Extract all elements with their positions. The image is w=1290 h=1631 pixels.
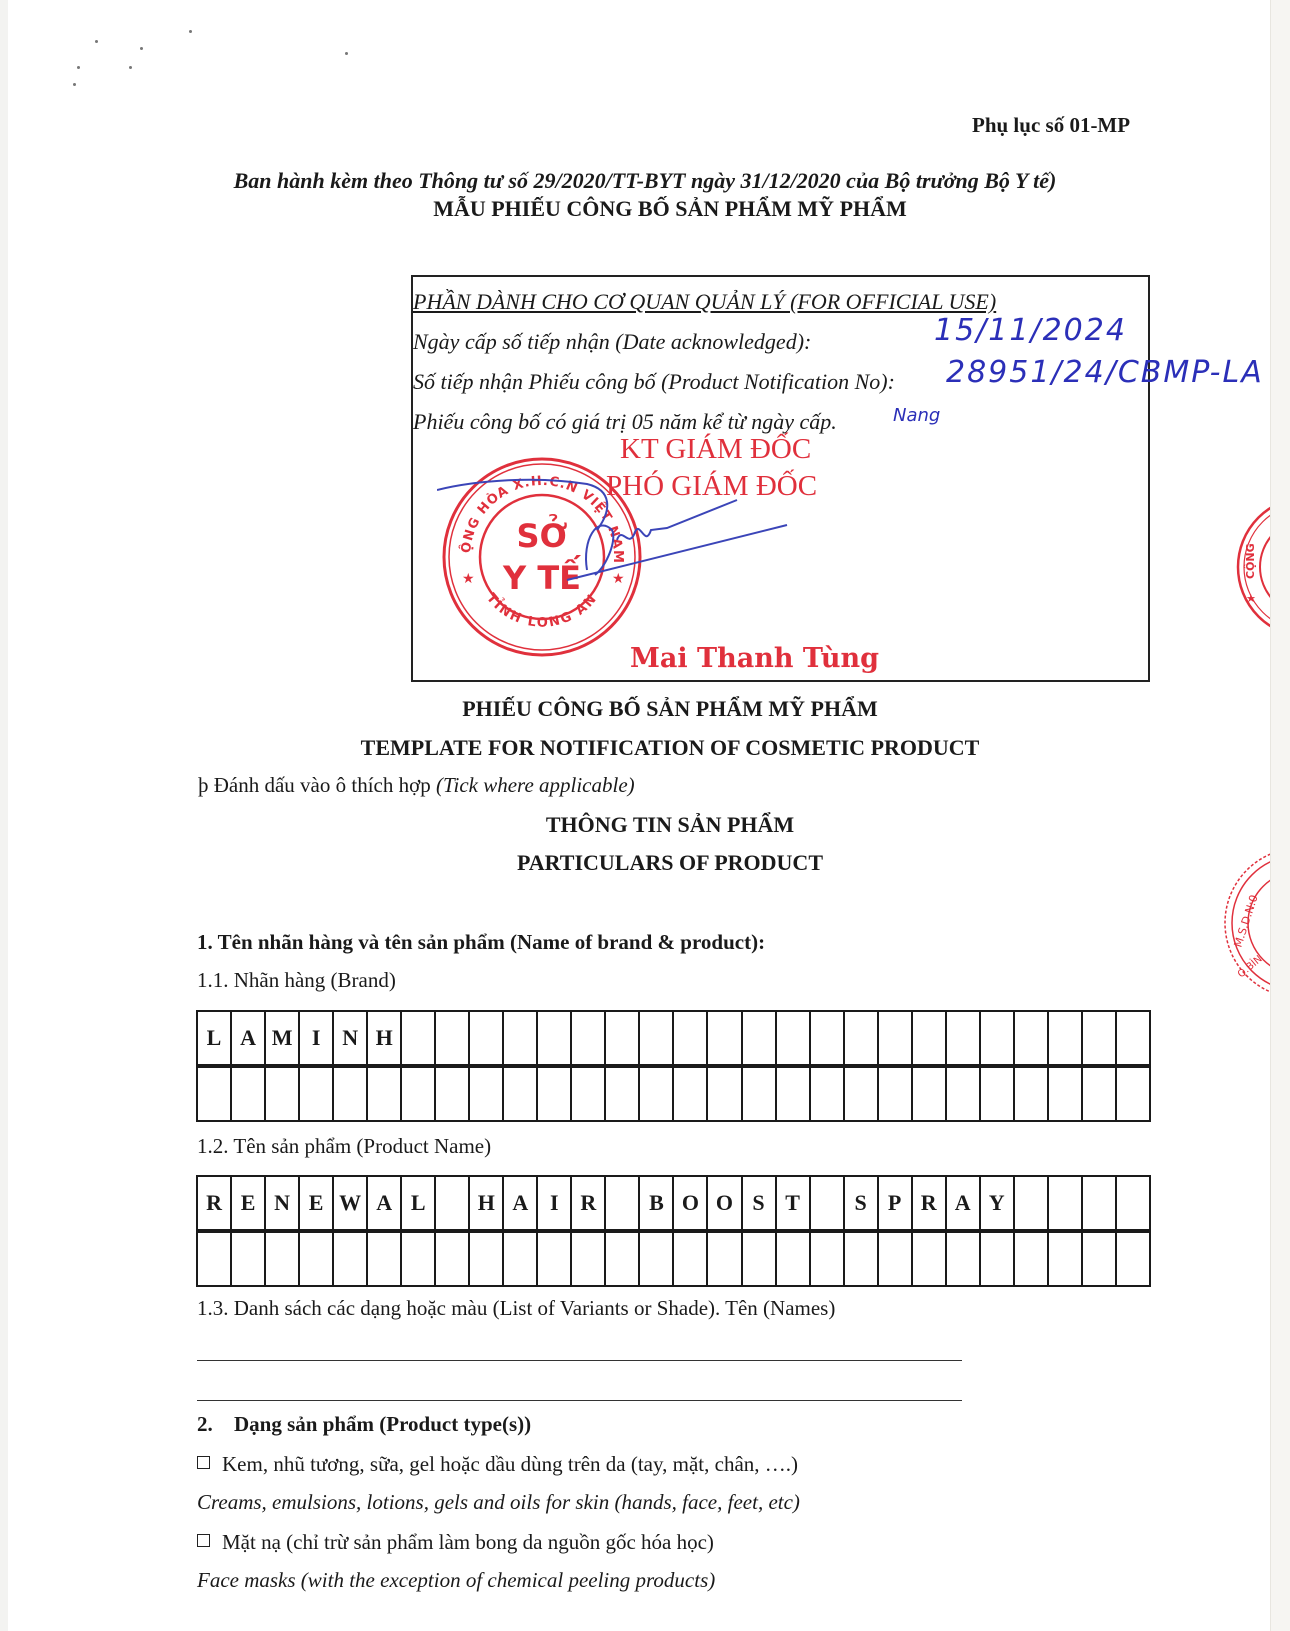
letter-cell[interactable] [434, 1012, 468, 1064]
edge-seal-top-icon: CỘNG ★ [1228, 487, 1270, 647]
en-form-title: TEMPLATE FOR NOTIFICATION OF COSMETIC PR… [0, 735, 1290, 761]
appendix-number: Phụ lục số 01-MP [972, 113, 1130, 138]
letter-cell[interactable] [843, 1233, 877, 1285]
letter-cell[interactable] [570, 1233, 604, 1285]
letter-cell[interactable] [1013, 1233, 1047, 1285]
grid-row: RENEWALHAIRBOOSTSPRAY [198, 1177, 1149, 1229]
brand-label: 1.1. Nhãn hàng (Brand) [197, 968, 396, 993]
section-2-heading: 2.Dạng sản phẩm (Product type(s)) [197, 1412, 531, 1437]
letter-cell[interactable]: A [366, 1177, 400, 1229]
notification-no-label: Số tiếp nhận Phiếu công bố (Product Noti… [413, 369, 895, 395]
handwritten-initial: Nang [893, 405, 940, 426]
letter-cell[interactable]: B [638, 1177, 672, 1229]
official-use-heading: PHẦN DÀNH CHO CƠ QUAN QUẢN LÝ (FOR OFFIC… [413, 289, 996, 315]
letter-cell[interactable] [536, 1233, 570, 1285]
letter-cell[interactable] [877, 1068, 911, 1120]
grid-row [198, 1064, 1149, 1120]
letter-cell[interactable] [809, 1012, 843, 1064]
option-1-label: Kem, nhũ tương, sữa, gel hoặc dầu dùng t… [222, 1452, 798, 1476]
letter-cell[interactable] [638, 1068, 672, 1120]
issued-with-circular: Ban hành kèm theo Thông tư số 29/2020/TT… [0, 168, 1290, 194]
grid-row [198, 1229, 1149, 1285]
letter-cell[interactable] [570, 1068, 604, 1120]
letter-cell[interactable] [1047, 1233, 1081, 1285]
letter-cell[interactable]: W [332, 1177, 366, 1229]
letter-cell[interactable] [877, 1012, 911, 1064]
product-name-grid[interactable]: RENEWALHAIRBOOSTSPRAY [196, 1175, 1151, 1287]
letter-cell[interactable] [877, 1233, 911, 1285]
letter-cell[interactable] [809, 1068, 843, 1120]
letter-cell[interactable] [775, 1068, 809, 1120]
letter-cell[interactable] [843, 1012, 877, 1064]
letter-cell[interactable] [230, 1068, 264, 1120]
letter-cell[interactable]: H [468, 1177, 502, 1229]
tick-symbol: þ [198, 773, 209, 797]
signatory-name: Mai Thanh Tùng [630, 643, 879, 674]
letter-cell[interactable]: O [672, 1177, 706, 1229]
letter-cell[interactable]: E [230, 1177, 264, 1229]
letter-cell[interactable] [298, 1233, 332, 1285]
letter-cell[interactable] [264, 1068, 298, 1120]
letter-cell[interactable] [502, 1012, 536, 1064]
option-2-label-en: Face masks (with the exception of chemic… [197, 1568, 715, 1593]
letter-cell[interactable]: I [298, 1012, 332, 1064]
letter-cell[interactable] [502, 1233, 536, 1285]
letter-cell[interactable] [570, 1012, 604, 1064]
svg-text:★: ★ [612, 571, 625, 587]
svg-text:SỞ: SỞ [517, 513, 568, 555]
letter-cell[interactable]: P [877, 1177, 911, 1229]
letter-cell[interactable] [468, 1233, 502, 1285]
product-type-option-1[interactable]: Kem, nhũ tương, sữa, gel hoặc dầu dùng t… [197, 1452, 798, 1477]
letter-cell[interactable] [502, 1068, 536, 1120]
letter-cell[interactable] [638, 1012, 672, 1064]
letter-cell[interactable] [468, 1068, 502, 1120]
product-type-option-2[interactable]: Mặt nạ (chỉ trừ sản phẩm làm bong da ngu… [197, 1530, 714, 1555]
signatory-title-1: KT GIÁM ĐỐC [620, 433, 811, 466]
letter-cell[interactable] [843, 1068, 877, 1120]
letter-cell[interactable] [536, 1068, 570, 1120]
letter-cell[interactable] [1081, 1177, 1115, 1229]
letter-cell[interactable] [198, 1068, 230, 1120]
letter-cell[interactable]: R [198, 1177, 230, 1229]
letter-cell[interactable] [979, 1233, 1013, 1285]
checkbox-icon[interactable] [197, 1456, 210, 1469]
letter-cell[interactable] [979, 1012, 1013, 1064]
date-acknowledged-value: 15/11/2024 [934, 313, 1127, 348]
letter-cell[interactable] [1115, 1233, 1149, 1285]
letter-cell[interactable]: R [911, 1177, 945, 1229]
letter-cell[interactable] [741, 1068, 775, 1120]
particulars-heading: PARTICULARS OF PRODUCT [0, 850, 1290, 876]
letter-cell[interactable] [911, 1233, 945, 1285]
letter-cell[interactable] [945, 1233, 979, 1285]
form-title: MẪU PHIẾU CÔNG BỐ SẢN PHẨM MỸ PHẨM [0, 196, 1290, 222]
letter-cell[interactable] [230, 1233, 264, 1285]
letter-cell[interactable]: N [332, 1012, 366, 1064]
letter-cell[interactable]: T [775, 1177, 809, 1229]
letter-cell[interactable] [434, 1068, 468, 1120]
letter-cell[interactable] [911, 1068, 945, 1120]
letter-cell[interactable] [945, 1012, 979, 1064]
svg-text:★: ★ [1246, 593, 1256, 605]
official-seal-icon: CỘNG HÒA X.H.C.N VIỆT NAM TỈNH LONG AN ★… [440, 455, 645, 660]
letter-cell[interactable]: L [198, 1012, 230, 1064]
letter-cell[interactable] [809, 1177, 843, 1229]
letter-cell[interactable] [741, 1012, 775, 1064]
letter-cell[interactable] [809, 1233, 843, 1285]
letter-cell[interactable] [706, 1012, 740, 1064]
letter-cell[interactable] [1047, 1012, 1081, 1064]
letter-cell[interactable]: S [843, 1177, 877, 1229]
letter-cell[interactable] [468, 1012, 502, 1064]
letter-cell[interactable] [741, 1233, 775, 1285]
letter-cell[interactable] [434, 1177, 468, 1229]
letter-cell[interactable] [1115, 1012, 1149, 1064]
brand-grid[interactable]: LAMINH [196, 1010, 1151, 1122]
tick-instruction: þ Đánh dấu vào ô thích hợp (Tick where a… [198, 773, 635, 798]
letter-cell[interactable] [911, 1012, 945, 1064]
letter-cell[interactable]: Y [979, 1177, 1013, 1229]
letter-cell[interactable] [400, 1233, 434, 1285]
letter-cell[interactable] [672, 1233, 706, 1285]
letter-cell[interactable] [979, 1068, 1013, 1120]
letter-cell[interactable] [1047, 1068, 1081, 1120]
letter-cell[interactable]: A [502, 1177, 536, 1229]
letter-cell[interactable] [366, 1068, 400, 1120]
tick-note: Đánh dấu vào ô thích hợp [214, 773, 431, 797]
letter-cell[interactable]: N [264, 1177, 298, 1229]
letter-cell[interactable]: A [945, 1177, 979, 1229]
letter-cell[interactable] [775, 1233, 809, 1285]
option-2-label: Mặt nạ (chỉ trừ sản phẩm làm bong da ngu… [222, 1530, 714, 1554]
section-2-number: 2. [197, 1412, 234, 1437]
section-2-title: Dạng sản phẩm (Product type(s)) [234, 1412, 531, 1436]
vn-form-title: PHIẾU CÔNG BỐ SẢN PHẨM MỸ PHẨM [0, 696, 1290, 722]
tick-note-en: (Tick where applicable) [436, 773, 635, 797]
date-acknowledged-label: Ngày cấp số tiếp nhận (Date acknowledged… [413, 329, 811, 355]
letter-cell[interactable]: E [298, 1177, 332, 1229]
letter-cell[interactable]: R [570, 1177, 604, 1229]
letter-cell[interactable] [1081, 1012, 1115, 1064]
checkbox-icon[interactable] [197, 1534, 210, 1547]
letter-cell[interactable]: M [264, 1012, 298, 1064]
letter-cell[interactable] [1013, 1177, 1047, 1229]
svg-text:★: ★ [462, 571, 475, 587]
grid-row: LAMINH [198, 1012, 1149, 1064]
variant-line-1[interactable] [197, 1360, 962, 1361]
letter-cell[interactable] [400, 1068, 434, 1120]
letter-cell[interactable] [1013, 1012, 1047, 1064]
letter-cell[interactable] [298, 1068, 332, 1120]
variants-label: 1.3. Danh sách các dạng hoặc màu (List o… [197, 1296, 835, 1321]
svg-text:CỘNG: CỘNG [1244, 543, 1257, 579]
notification-no-value: 28951/24/CBMP-LA [946, 355, 1264, 390]
letter-cell[interactable] [1013, 1068, 1047, 1120]
letter-cell[interactable] [536, 1012, 570, 1064]
letter-cell[interactable] [638, 1233, 672, 1285]
letter-cell[interactable] [366, 1233, 400, 1285]
letter-cell[interactable] [604, 1012, 638, 1064]
letter-cell[interactable] [1081, 1233, 1115, 1285]
letter-cell[interactable] [775, 1012, 809, 1064]
letter-cell[interactable] [672, 1068, 706, 1120]
letter-cell[interactable] [1115, 1177, 1149, 1229]
letter-cell[interactable] [264, 1233, 298, 1285]
section-1-heading: 1. Tên nhãn hàng và tên sản phẩm (Name o… [197, 930, 765, 955]
validity-text: Phiếu công bố có giá trị 05 năm kể từ ng… [413, 409, 837, 435]
option-1-label-en: Creams, emulsions, lotions, gels and oil… [197, 1490, 800, 1515]
letter-cell[interactable] [672, 1012, 706, 1064]
product-info-heading: THÔNG TIN SẢN PHẨM [0, 812, 1290, 838]
letter-cell[interactable] [604, 1177, 638, 1229]
letter-cell[interactable] [604, 1068, 638, 1120]
product-name-label: 1.2. Tên sản phẩm (Product Name) [197, 1134, 491, 1159]
letter-cell[interactable] [1081, 1068, 1115, 1120]
letter-cell[interactable] [706, 1068, 740, 1120]
variant-line-2[interactable] [197, 1400, 962, 1401]
letter-cell[interactable] [332, 1233, 366, 1285]
letter-cell[interactable] [945, 1068, 979, 1120]
letter-cell[interactable] [434, 1233, 468, 1285]
letter-cell[interactable] [332, 1068, 366, 1120]
letter-cell[interactable] [706, 1233, 740, 1285]
letter-cell[interactable] [1047, 1177, 1081, 1229]
svg-text:Y TẾ: Y TẾ [502, 555, 581, 597]
letter-cell[interactable] [400, 1012, 434, 1064]
letter-cell[interactable]: H [366, 1012, 400, 1064]
letter-cell[interactable] [1115, 1068, 1149, 1120]
letter-cell[interactable]: L [400, 1177, 434, 1229]
letter-cell[interactable]: S [741, 1177, 775, 1229]
letter-cell[interactable]: A [230, 1012, 264, 1064]
letter-cell[interactable] [604, 1233, 638, 1285]
letter-cell[interactable]: O [706, 1177, 740, 1229]
letter-cell[interactable] [198, 1233, 230, 1285]
letter-cell[interactable]: I [536, 1177, 570, 1229]
